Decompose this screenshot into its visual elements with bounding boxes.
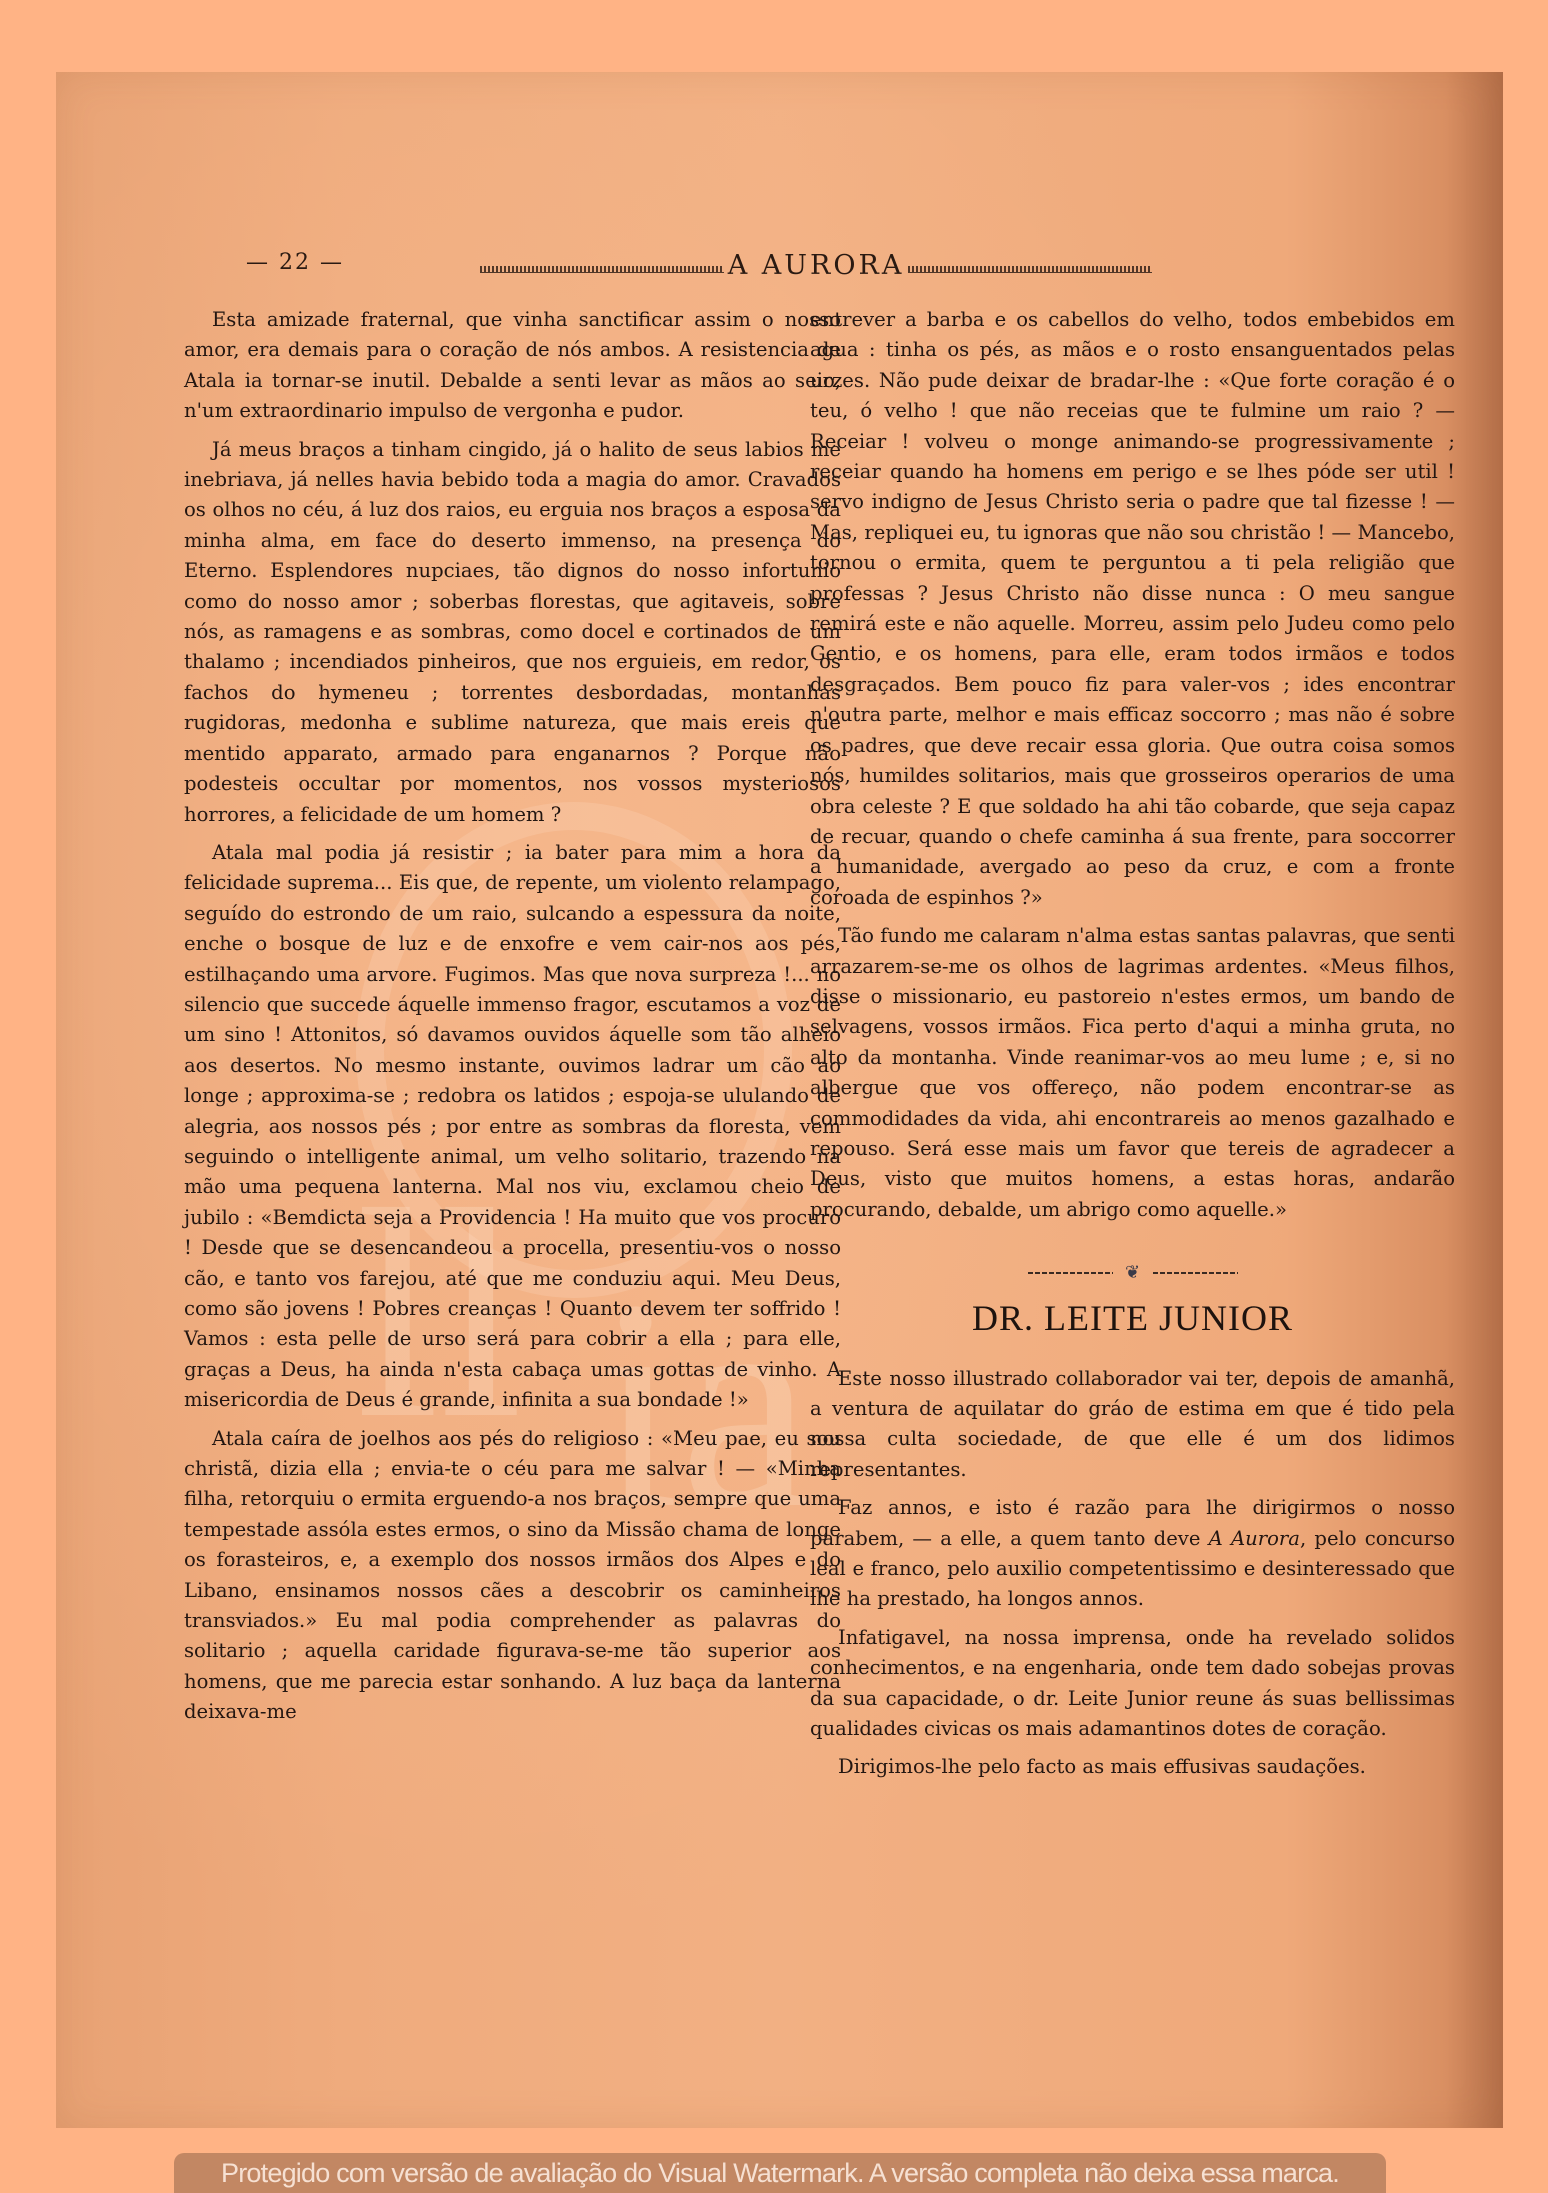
paragraph: Já meus braços a tinham cingido, já o ha…: [184, 435, 841, 830]
scanned-page: ll ia — 22 — A AURORA Esta amizade frate…: [56, 72, 1503, 2128]
paragraph: Atala caíra de joelhos aos pés do religi…: [184, 1424, 841, 1728]
paragraph: Atala mal podia já resistir ; ia bater p…: [184, 838, 841, 1416]
paragraph: Esta amizade fraternal, que vinha sancti…: [184, 305, 841, 427]
watermark-notice: Protegido com versão de avaliação do Vis…: [174, 2153, 1386, 2193]
article-paragraph: Este nosso illustrado collaborador vai t…: [810, 1364, 1455, 1486]
article-paragraph: Infatigavel, na nossa imprensa, onde ha …: [810, 1623, 1455, 1745]
page-number: — 22 —: [246, 250, 344, 275]
left-column: Esta amizade fraternal, que vinha sancti…: [184, 305, 841, 1728]
paragraph-continued: entrever a barba e os cabellos do velho,…: [810, 305, 1455, 913]
right-column: entrever a barba e os cabellos do velho,…: [810, 305, 1455, 1783]
ornament-divider-icon: ❦: [1028, 1265, 1238, 1281]
article-paragraph: Dirigimos-lhe pelo facto as mais effusiv…: [810, 1752, 1455, 1782]
article-title: DR. LEITE JUNIOR: [810, 1303, 1455, 1333]
paragraph: Tão fundo me calaram n'alma estas santas…: [810, 921, 1455, 1225]
running-header: — 22 — A AURORA: [56, 250, 1503, 290]
masthead: A AURORA: [476, 250, 1156, 281]
article-paragraph: Faz annos, e isto é razão para lhe dirig…: [810, 1493, 1455, 1615]
publication-title: A AURORA: [728, 250, 905, 281]
publication-name-italic: A Aurora: [1209, 1527, 1300, 1550]
wavy-rule-right: [908, 266, 1152, 273]
wavy-rule-left: [480, 266, 724, 273]
